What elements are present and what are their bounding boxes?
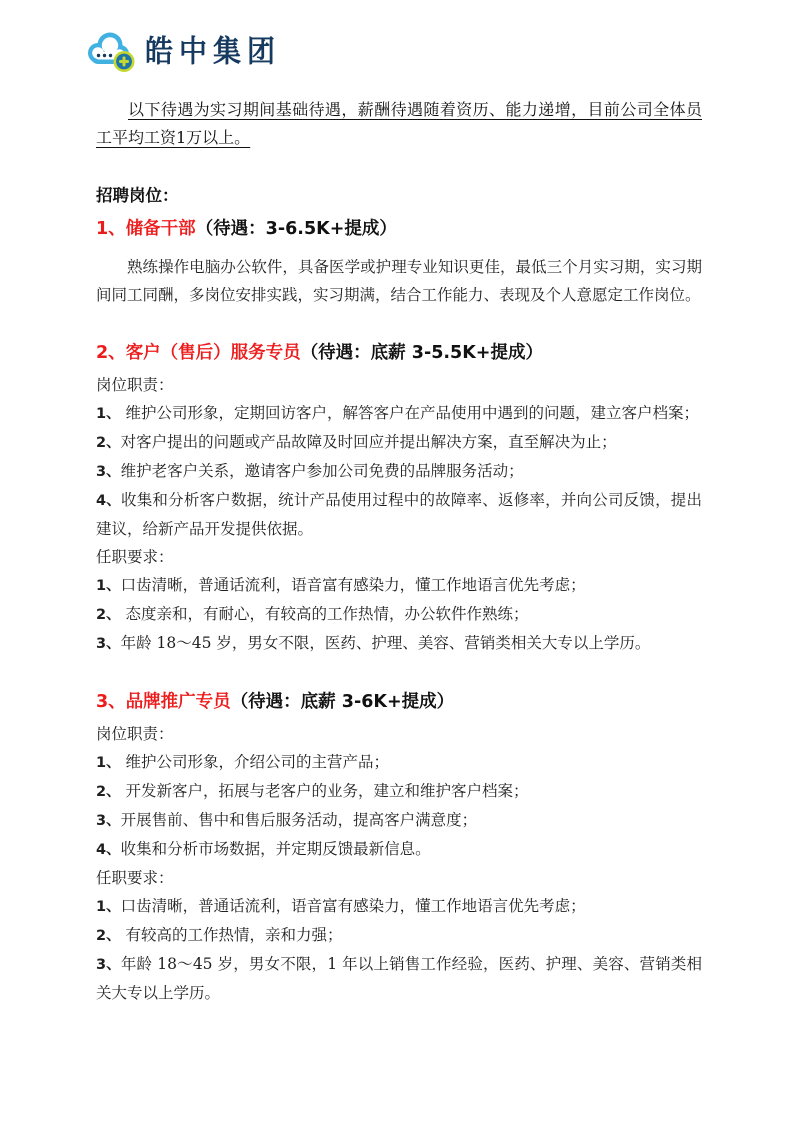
duty-item: 4、收集和分析客户数据，统计产品使用过程中的故障率、返修率，并向公司反馈，提出建…	[96, 486, 702, 543]
intro-paragraph: 以下待遇为实习期间基础待遇，薪酬待遇随着资历、能力递增，目前公司全体员工平均工资…	[96, 96, 702, 152]
company-logo: 皓中集团	[85, 28, 702, 76]
position-3-requirements-label: 任职要求：	[96, 864, 702, 892]
duty-item: 3、维护老客户关系，邀请客户参加公司免费的品牌服务活动；	[96, 457, 702, 486]
company-name: 皓中集团	[145, 37, 281, 67]
duty-item: 1、 维护公司形象，定期回访客户，解答客户在产品使用中遇到的问题，建立客户档案；	[96, 399, 702, 428]
requirement-item: 3、年龄 18～45 岁，男女不限，医药、护理、美容、营销类相关大专以上学历。	[96, 629, 702, 658]
duty-item: 2、 开发新客户，拓展与老客户的业务，建立和维护客户档案；	[96, 777, 702, 806]
position-2-duties-label: 岗位职责：	[96, 371, 702, 399]
document-page: 皓中集团 以下待遇为实习期间基础待遇，薪酬待遇随着资历、能力递增，目前公司全体员…	[0, 0, 794, 1122]
position-1-number: 1、	[96, 219, 126, 239]
position-3-name: 品牌推广专员	[126, 692, 231, 712]
duty-item: 3、开展售前、售中和售后服务活动，提高客户满意度；	[96, 806, 702, 835]
position-2-title: 2、客户（售后）服务专员（待遇：底薪 3-5.5K+提成）	[96, 341, 702, 365]
position-1-title: 1、储备干部（待遇：3-6.5K+提成）	[96, 217, 702, 241]
recruit-heading: 招聘岗位：	[96, 185, 702, 207]
requirement-item: 1、口齿清晰，普通话流利，语音富有感染力，懂工作地语言优先考虑；	[96, 571, 702, 600]
requirement-item: 3、年龄 18～45 岁，男女不限，1 年以上销售工作经验，医药、护理、美容、营…	[96, 950, 702, 1007]
position-3-title: 3、品牌推广专员（待遇：底薪 3-6K+提成）	[96, 690, 702, 714]
position-2-requirements-label: 任职要求：	[96, 543, 702, 571]
duty-item: 1、 维护公司形象，介绍公司的主营产品；	[96, 748, 702, 777]
position-2-name: 客户（售后）服务专员	[126, 343, 301, 363]
duty-item: 4、收集和分析市场数据，并定期反馈最新信息。	[96, 835, 702, 864]
duty-item: 2、对客户提出的问题或产品故障及时回应并提出解决方案，直至解决为止；	[96, 428, 702, 457]
requirement-item: 2、 有较高的工作热情，亲和力强；	[96, 921, 702, 950]
position-1-name: 储备干部	[126, 219, 196, 239]
position-3-duties-label: 岗位职责：	[96, 720, 702, 748]
position-1-salary: （待遇：3-6.5K+提成）	[196, 219, 397, 239]
position-3-number: 3、	[96, 692, 126, 712]
cloud-plus-icon	[85, 30, 137, 74]
requirement-item: 2、 态度亲和，有耐心，有较高的工作热情，办公软件作熟练；	[96, 600, 702, 629]
position-2-salary: （待遇：底薪 3-5.5K+提成）	[301, 343, 543, 363]
position-1-description: 熟练操作电脑办公软件，具备医学或护理专业知识更佳，最低三个月实习期，实习期间同工…	[96, 253, 702, 309]
position-3-salary: （待遇：底薪 3-6K+提成）	[231, 692, 454, 712]
position-2-number: 2、	[96, 343, 126, 363]
requirement-item: 1、口齿清晰，普通话流利，语音富有感染力，懂工作地语言优先考虑；	[96, 892, 702, 921]
